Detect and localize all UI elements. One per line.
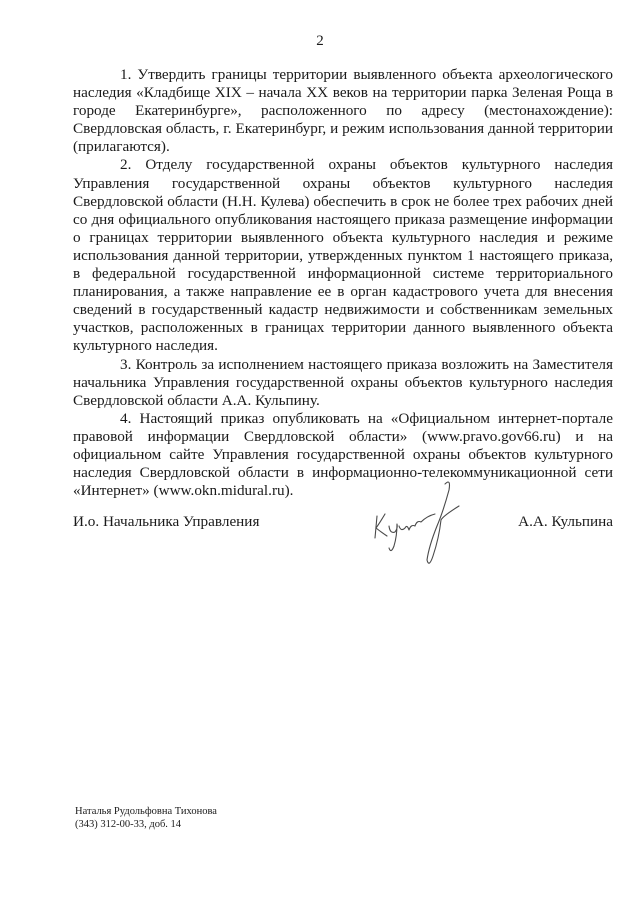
contact-info: Наталья Рудольфовна Тихонова (343) 312-0…: [75, 805, 217, 831]
signature-block: И.о. Начальника Управления А.А. Кульпина: [73, 511, 613, 535]
handwritten-signature-icon: [363, 476, 473, 576]
paragraph-1: 1. Утвердить границы территории выявленн…: [73, 66, 613, 156]
page-number: 2: [0, 33, 640, 50]
paragraph-4: 4. Настоящий приказ опубликовать на «Офи…: [73, 410, 613, 500]
contact-name: Наталья Рудольфовна Тихонова: [75, 805, 217, 818]
paragraph-3: 3. Контроль за исполнением настоящего пр…: [73, 356, 613, 410]
document-body: 1. Утвердить границы территории выявленн…: [73, 66, 613, 500]
signer-role: И.о. Начальника Управления: [73, 513, 259, 531]
signer-name: А.А. Кульпина: [518, 513, 613, 531]
contact-phone: (343) 312-00-33, доб. 14: [75, 818, 217, 831]
paragraph-2: 2. Отделу государственной охраны объекто…: [73, 156, 613, 355]
